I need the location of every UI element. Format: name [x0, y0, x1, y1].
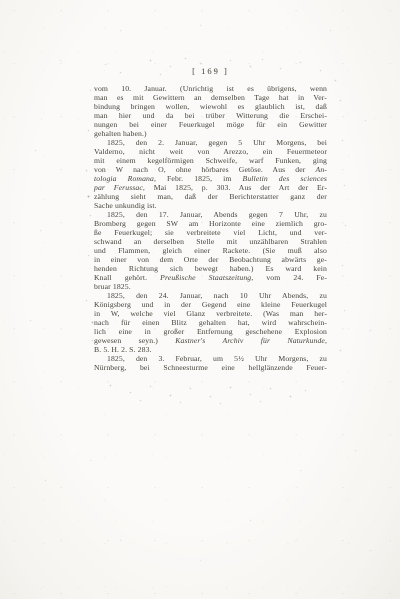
body-text: ße Feuerkugel; sie verbreitete viel Lich…: [94, 228, 327, 237]
body-text: in W, welche viel Glanz verbreitete. (Wa…: [94, 309, 327, 318]
body-text: Nürnberg, bei Schneesturme eine hellglän…: [94, 363, 327, 372]
text-line: mit einem kegelförmigen Schweife, warf F…: [94, 156, 327, 165]
text-line: 1825, den 17. Januar, Abends gegen 7 Uhr…: [94, 210, 327, 219]
text-line: Valderno, nicht weit von Arezzo, ein Feu…: [94, 147, 327, 156]
text-line: in W, welche viel Glanz verbreitete. (Wa…: [94, 309, 327, 318]
body-text: Febr. 1825, im: [156, 174, 242, 183]
body-text: B. 5. H. 2. S. 283.: [94, 345, 152, 354]
body-text: lich eine in großer Entfernung geschehen…: [94, 327, 327, 336]
text-line: gehalten haben.): [94, 129, 327, 138]
text-line: von W nach O, ohne hörbares Getöse. Aus …: [94, 165, 327, 174]
body-text: 1825, den 24. Januar, nach 10 Uhr Abends…: [107, 291, 327, 300]
text-line: Königsberg und in der Gegend eine kleine…: [94, 300, 327, 309]
text-line: 1825, den 3. Februar, um 5½ Uhr Morgens,…: [94, 354, 327, 363]
text-line: Bromberg gegen SW am Horizonte eine ziem…: [94, 219, 327, 228]
body-text: gewesen seyn.): [94, 336, 175, 345]
citation-italic-text: par Ferussac,: [94, 183, 145, 192]
scan-specks: [0, 0, 1, 1]
body-text: 1825, den 17. Januar, Abends gegen 7 Uhr…: [107, 210, 327, 219]
text-line: und Flammen, gleich einer Rackete. (Sie …: [94, 246, 327, 255]
text-line: tologia Romana, Febr. 1825, im Bulletin …: [94, 174, 327, 183]
body-text: 1825, den 2. Januar, gegen 5 Uhr Morgens…: [107, 138, 327, 147]
body-text: bruar 1825.: [94, 282, 131, 291]
body-text: mit einem kegelförmigen Schweife, warf F…: [94, 156, 327, 165]
text-line: gewesen seyn.) Kastner's Archiv für Natu…: [94, 336, 327, 345]
text-line: bindung bringen wollen, wiewohl es glaub…: [94, 102, 327, 111]
body-text: Königsberg und in der Gegend eine kleine…: [94, 300, 327, 309]
text-line: nach für einen Blitz gehalten hat, wird …: [94, 318, 327, 327]
body-text: vom 24. Fe-: [253, 273, 327, 282]
body-text: Knall gehört.: [94, 273, 160, 282]
paragraph: 1825, den 24. Januar, nach 10 Uhr Abends…: [94, 291, 327, 354]
body-text: gehalten haben.): [94, 129, 147, 138]
text-line: par Ferussac, Mai 1825, p. 303. Aus der …: [94, 183, 327, 192]
text-line: lich eine in großer Entfernung geschehen…: [94, 327, 327, 336]
text-line: man hier und da bei trüber Witterung die…: [94, 111, 327, 120]
citation-italic-text: Preußische Staatszeitung,: [160, 273, 253, 282]
text-line: bruar 1825.: [94, 282, 327, 291]
citation-italic-text: Kastner's Archiv für Naturkunde,: [175, 336, 327, 345]
body-text: nach für einen Blitz gehalten hat, wird …: [94, 318, 327, 327]
body-text: und Flammen, gleich einer Rackete. (Sie …: [94, 246, 327, 255]
citation-italic-text: An-: [316, 165, 327, 174]
body-text: von W nach O, ohne hörbares Getöse. Aus …: [94, 165, 316, 174]
text-line: Nürnberg, bei Schneesturme eine hellglän…: [94, 363, 327, 372]
text-line: 1825, den 2. Januar, gegen 5 Uhr Morgens…: [94, 138, 327, 147]
scanned-book-page: [ 169 ] vom 10. Januar. (Unrichtig ist e…: [0, 0, 400, 599]
paragraph: 1825, den 2. Januar, gegen 5 Uhr Morgens…: [94, 138, 327, 210]
body-text: man es mit Gewittern an demselben Tage h…: [94, 93, 327, 102]
page-number-header: [ 169 ]: [94, 66, 327, 76]
body-text: Sache unkundig ist.: [94, 201, 157, 210]
body-text: Valderno, nicht weit von Arezzo, ein Feu…: [94, 147, 327, 156]
text-line: 1825, den 24. Januar, nach 10 Uhr Abends…: [94, 291, 327, 300]
body-text: zählung sieht man, daß der Berichterstat…: [94, 192, 327, 201]
text-line: nungen bei einer Feuerkugel möge für ein…: [94, 120, 327, 129]
body-text: vom 10. Januar. (Unrichtig ist es übrige…: [94, 84, 327, 93]
text-line: zählung sieht man, daß der Berichterstat…: [94, 192, 327, 201]
text-block: vom 10. Januar. (Unrichtig ist es übrige…: [94, 84, 327, 372]
paragraph: 1825, den 3. Februar, um 5½ Uhr Morgens,…: [94, 354, 327, 372]
paragraph: 1825, den 17. Januar, Abends gegen 7 Uhr…: [94, 210, 327, 291]
body-text: schwand an derselben Stelle mit unzählba…: [94, 237, 327, 246]
body-text: 1825, den 3. Februar, um 5½ Uhr Morgens,…: [107, 354, 327, 363]
text-line: vom 10. Januar. (Unrichtig ist es übrige…: [94, 84, 327, 93]
text-line: ße Feuerkugel; sie verbreitete viel Lich…: [94, 228, 327, 237]
citation-italic-text: Bulletin des sciences: [243, 174, 328, 183]
body-text: Bromberg gegen SW am Horizonte eine ziem…: [94, 219, 327, 228]
body-text: henden Richtung sich bewegt haben.) Es w…: [94, 264, 327, 273]
text-line: B. 5. H. 2. S. 283.: [94, 345, 327, 354]
text-line: in einer von dem Orte der Beobachtung ab…: [94, 255, 327, 264]
body-text: bindung bringen wollen, wiewohl es glaub…: [94, 102, 327, 111]
text-line: Sache unkundig ist.: [94, 201, 327, 210]
text-line: henden Richtung sich bewegt haben.) Es w…: [94, 264, 327, 273]
body-text: man hier und da bei trüber Witterung die…: [94, 111, 327, 120]
citation-italic-text: tologia Romana,: [94, 174, 156, 183]
text-line: man es mit Gewittern an demselben Tage h…: [94, 93, 327, 102]
text-line: schwand an derselben Stelle mit unzählba…: [94, 237, 327, 246]
paragraph: vom 10. Januar. (Unrichtig ist es übrige…: [94, 84, 327, 138]
text-line: Knall gehört. Preußische Staatszeitung, …: [94, 273, 327, 282]
body-text: Mai 1825, p. 303. Aus der Art der Er-: [145, 183, 327, 192]
body-text: in einer von dem Orte der Beobachtung ab…: [94, 255, 327, 264]
body-text: nungen bei einer Feuerkugel möge für ein…: [94, 120, 327, 129]
